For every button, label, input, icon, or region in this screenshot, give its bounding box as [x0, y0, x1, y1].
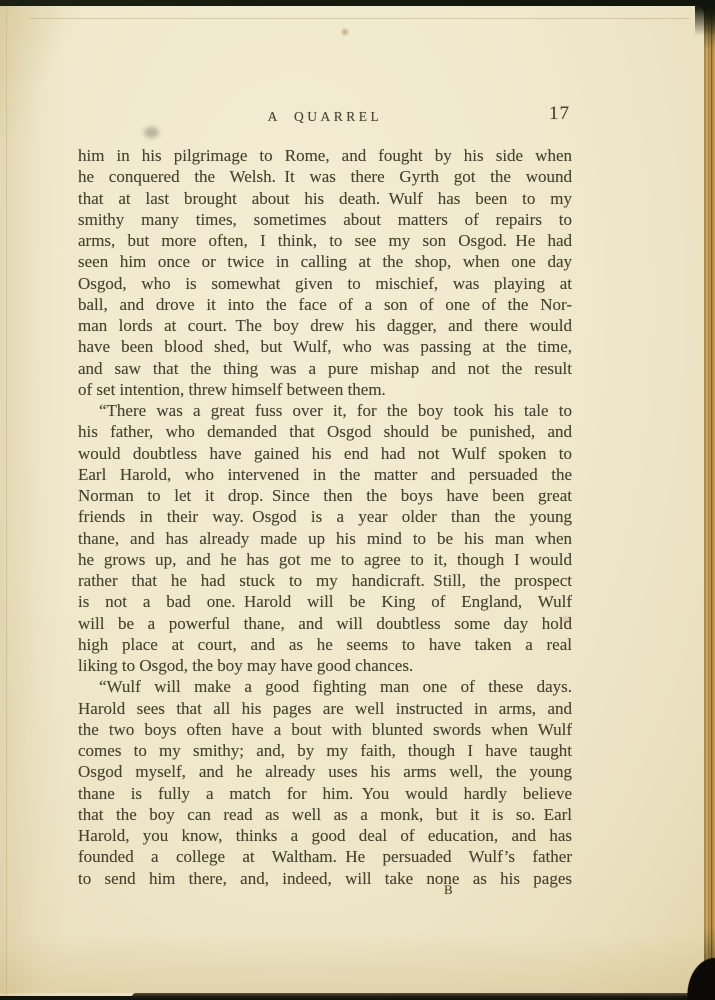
text-line: Harold sees that all his pages are well …	[78, 698, 572, 719]
text-line: Earl Harold, who intervened in the matte…	[78, 464, 572, 485]
text-line: high place at court, and as he seems to …	[78, 634, 572, 655]
text-line: smithy many times, sometimes about matte…	[78, 209, 572, 230]
book-page-scan: A QUARREL 17 him in his pilgrimage to Ro…	[0, 0, 715, 1000]
text-line: will be a powerful thane, and will doubt…	[78, 613, 572, 634]
text-line: to send him there, and, indeed, will tak…	[78, 868, 572, 889]
running-title: A QUARREL	[78, 109, 572, 125]
text-line: comes to my smithy; and, by my faith, th…	[78, 740, 572, 761]
text-line: founded a college at Waltham. He persuad…	[78, 846, 572, 867]
text-line: friends in their way. Osgod is a year ol…	[78, 506, 572, 527]
text-line: man lords at court. The boy drew his dag…	[78, 315, 572, 336]
text-line: of set intention, threw himself between …	[78, 379, 572, 400]
page-text: him in his pilgrimage to Rome, and fough…	[78, 145, 572, 889]
text-line: “There was a great fuss over it, for the…	[78, 400, 572, 421]
text-line: he conquered the Welsh. It was there Gyr…	[78, 166, 572, 187]
text-line: Harold, you know, thinks a good deal of …	[78, 825, 572, 846]
book-page: A QUARREL 17 him in his pilgrimage to Ro…	[0, 5, 704, 996]
text-line: the two boys often have a bout with blun…	[78, 719, 572, 740]
text-line: Norman to let it drop. Since then the bo…	[78, 485, 572, 506]
bottom-page-shadow	[0, 935, 704, 993]
text-line: he grows up, and he has got me to agree …	[78, 549, 572, 570]
text-line: is not a bad one. Harold will be King of…	[78, 591, 572, 612]
scan-bottom-right-corner	[683, 952, 715, 1000]
text-line: him in his pilgrimage to Rome, and fough…	[78, 145, 572, 166]
text-line: that the boy can read as well as a monk,…	[78, 804, 572, 825]
scan-bottom-edge	[132, 993, 715, 1000]
text-line: that at last brought about his death. Wu…	[78, 188, 572, 209]
text-line: rather that he had stuck to my handicraf…	[78, 570, 572, 591]
page-number: 17	[549, 103, 570, 125]
left-edge-shadow	[0, 5, 64, 996]
text-line: seen him once or twice in calling at the…	[78, 251, 572, 272]
text-line: arms, but more often, I think, to see my…	[78, 230, 572, 251]
text-line: and saw that the thing was a pure mishap…	[78, 358, 572, 379]
page-header: A QUARREL 17	[78, 103, 572, 129]
text-line: thane is fully a match for him. You woul…	[78, 783, 572, 804]
left-crease-line	[6, 5, 7, 996]
text-line: have been blood shed, but Wulf, who was …	[78, 336, 572, 357]
text-line: would doubtless have gained his end had …	[78, 443, 572, 464]
text-line: liking to Osgod, the boy may have good c…	[78, 655, 572, 676]
text-line: “Wulf will make a good fighting man one …	[78, 676, 572, 697]
signature-mark: B	[444, 882, 453, 898]
text-line: Osgod myself, and he already uses his ar…	[78, 761, 572, 782]
text-line: Osgod, who is somewhat given to mischief…	[78, 273, 572, 294]
top-left-corner-shade	[0, 5, 82, 137]
text-line: ball, and drove it into the face of a so…	[78, 294, 572, 315]
scan-top-right-corner	[695, 0, 715, 36]
top-page-seam	[30, 18, 690, 19]
scan-top-edge	[0, 0, 715, 6]
paper-speck	[342, 29, 348, 35]
text-line: his father, who demanded that Osgod shou…	[78, 421, 572, 442]
text-line: thane, and has already made up his mind …	[78, 528, 572, 549]
